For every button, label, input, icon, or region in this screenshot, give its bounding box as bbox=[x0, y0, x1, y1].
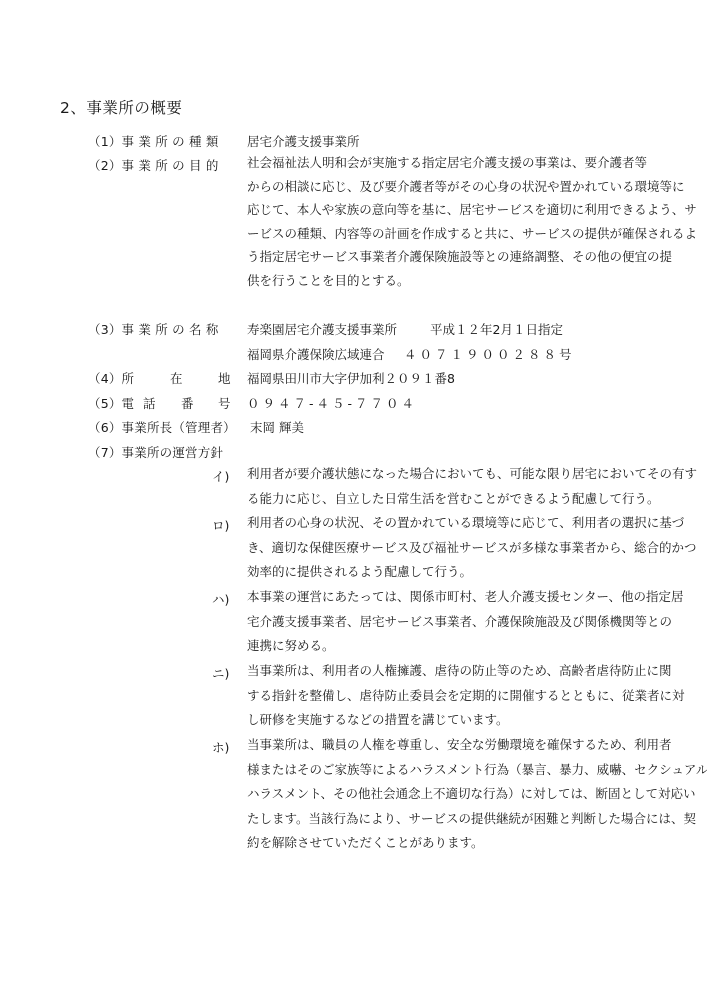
label-part: （4）所 bbox=[88, 371, 134, 386]
value-manager: 末岡 輝美 bbox=[250, 418, 304, 436]
label-part: （5）電 bbox=[88, 396, 134, 411]
policy-line: する指針を整備し、虐待防止委員会を定期的に開催するとともに、従業者に対 bbox=[247, 684, 685, 709]
policy-line: たします。当該行為により、サービスの提供継続が困難と判断した場合には、契 bbox=[247, 807, 707, 832]
policy-line: 当事業所は、職員の人権を尊重し、安全な労働環境を確保するため、利用者 bbox=[247, 733, 707, 758]
policy-item: 当事業所は、職員の人権を尊重し、安全な労働環境を確保するため、利用者 様またはそ… bbox=[247, 733, 707, 856]
label-part: 地 bbox=[218, 369, 231, 387]
policy-line: 宅介護支援事業者、居宅サービス事業者、介護保険施設及び関係機関等との bbox=[247, 610, 684, 635]
purpose-line: 応じて、本人や家族の意向等を基に、居宅サービスを適切に利用できるよう、サ bbox=[247, 198, 665, 222]
policy-line: 連携に努める。 bbox=[247, 634, 684, 659]
value-office-purpose: 社会福祉法人明和会が実施する指定居宅介護支援の事業は、要介護者等 からの相談に応… bbox=[247, 151, 665, 292]
policy-marker: ホ) bbox=[212, 738, 229, 756]
value-office-number: ４０７１９００２８８号 bbox=[404, 345, 575, 363]
purpose-line: 社会福祉法人明和会が実施する指定居宅介護支援の事業は、要介護者等 bbox=[247, 151, 665, 175]
policy-item: 当事業所は、利用者の人権擁護、虐待の防止等のため、高齢者虐待防止に関 する指針を… bbox=[247, 659, 685, 733]
policy-line: 当事業所は、利用者の人権擁護、虐待の防止等のため、高齢者虐待防止に関 bbox=[247, 659, 685, 684]
policy-line: 利用者の心身の状況、その置かれている環境等に応じて、利用者の選択に基づ bbox=[247, 511, 697, 536]
section-title: 2、事業所の概要 bbox=[60, 96, 182, 118]
value-insurer: 福岡県介護保険広域連合 bbox=[247, 345, 385, 363]
policy-line: 利用者が要介護状態になった場合においても、可能な限り居宅においてその有す bbox=[247, 462, 697, 487]
label-office-type: （1）事 業 所 の 種 類 bbox=[88, 132, 219, 150]
policy-line: 本事業の運営にあたっては、関係市町村、老人介護支援センター、他の指定居 bbox=[247, 585, 684, 610]
policy-item: 本事業の運営にあたっては、関係市町村、老人介護支援センター、他の指定居 宅介護支… bbox=[247, 585, 684, 659]
policy-marker: ニ) bbox=[212, 664, 229, 682]
policy-line: 様またはそのご家族等によるハラスメント行為（暴言、暴力、威嚇、セクシュアル bbox=[247, 758, 707, 783]
policy-marker: イ) bbox=[212, 467, 229, 485]
label-part: 号 bbox=[218, 394, 231, 412]
label-part: 番 bbox=[181, 394, 194, 412]
label-part: 在 bbox=[170, 369, 183, 387]
policy-marker: ロ) bbox=[212, 516, 229, 534]
label-phone: （5）電 話 番 号 bbox=[88, 394, 134, 412]
policy-line: 約を解除させていただくことがあります。 bbox=[247, 831, 707, 856]
policy-marker: ハ) bbox=[212, 590, 229, 608]
label-part: 話 bbox=[143, 394, 156, 412]
policy-line: し研修を実施するなどの措置を講じています。 bbox=[247, 708, 685, 733]
purpose-line: からの相談に応じ、及び要介護者等がその心身の状況や置かれている環境等に bbox=[247, 175, 665, 199]
label-operating-policy: （7）事業所の運営方針 bbox=[88, 443, 223, 461]
policy-line: る能力に応じ、自立した日常生活を営むことができるよう配慮して行う。 bbox=[247, 487, 697, 512]
policy-item: 利用者が要介護状態になった場合においても、可能な限り居宅においてその有す る能力… bbox=[247, 462, 697, 511]
policy-line: ハラスメント、その他社会通念上不適切な行為）に対しては、断固として対応い bbox=[247, 782, 707, 807]
policy-line: き、適切な保健医療サービス及び福祉サービスが多様な事業者から、総合的かつ bbox=[247, 536, 697, 561]
purpose-line: 供を行うことを目的とする。 bbox=[247, 269, 665, 293]
value-phone: ０９４７-４５-７７０４ bbox=[247, 394, 417, 412]
purpose-line: う指定居宅サービス事業者介護保険施設等との連絡調整、その他の便宜の提 bbox=[247, 245, 665, 269]
policy-item: 利用者の心身の状況、その置かれている環境等に応じて、利用者の選択に基づ き、適切… bbox=[247, 511, 697, 585]
purpose-line: ービスの種類、内容等の計画を作成すると共に、サービスの提供が確保されるよ bbox=[247, 222, 665, 246]
value-designation-date: 平成１２年2月１日指定 bbox=[430, 320, 563, 338]
label-location: （4）所 在 地 bbox=[88, 369, 134, 387]
label-manager: （6）事業所長（管理者） bbox=[88, 418, 236, 436]
label-office-purpose: （2）事 業 所 の 目 的 bbox=[88, 156, 219, 174]
value-office-name: 寿楽園居宅介護支援事業所 bbox=[247, 320, 397, 338]
policy-line: 効率的に提供されるよう配慮して行う。 bbox=[247, 560, 697, 585]
value-location: 福岡県田川市大字伊加利２０９１番8 bbox=[247, 369, 455, 387]
value-office-type: 居宅介護支援事業所 bbox=[247, 132, 360, 150]
label-office-name: （3）事 業 所 の 名 称 bbox=[88, 320, 219, 338]
